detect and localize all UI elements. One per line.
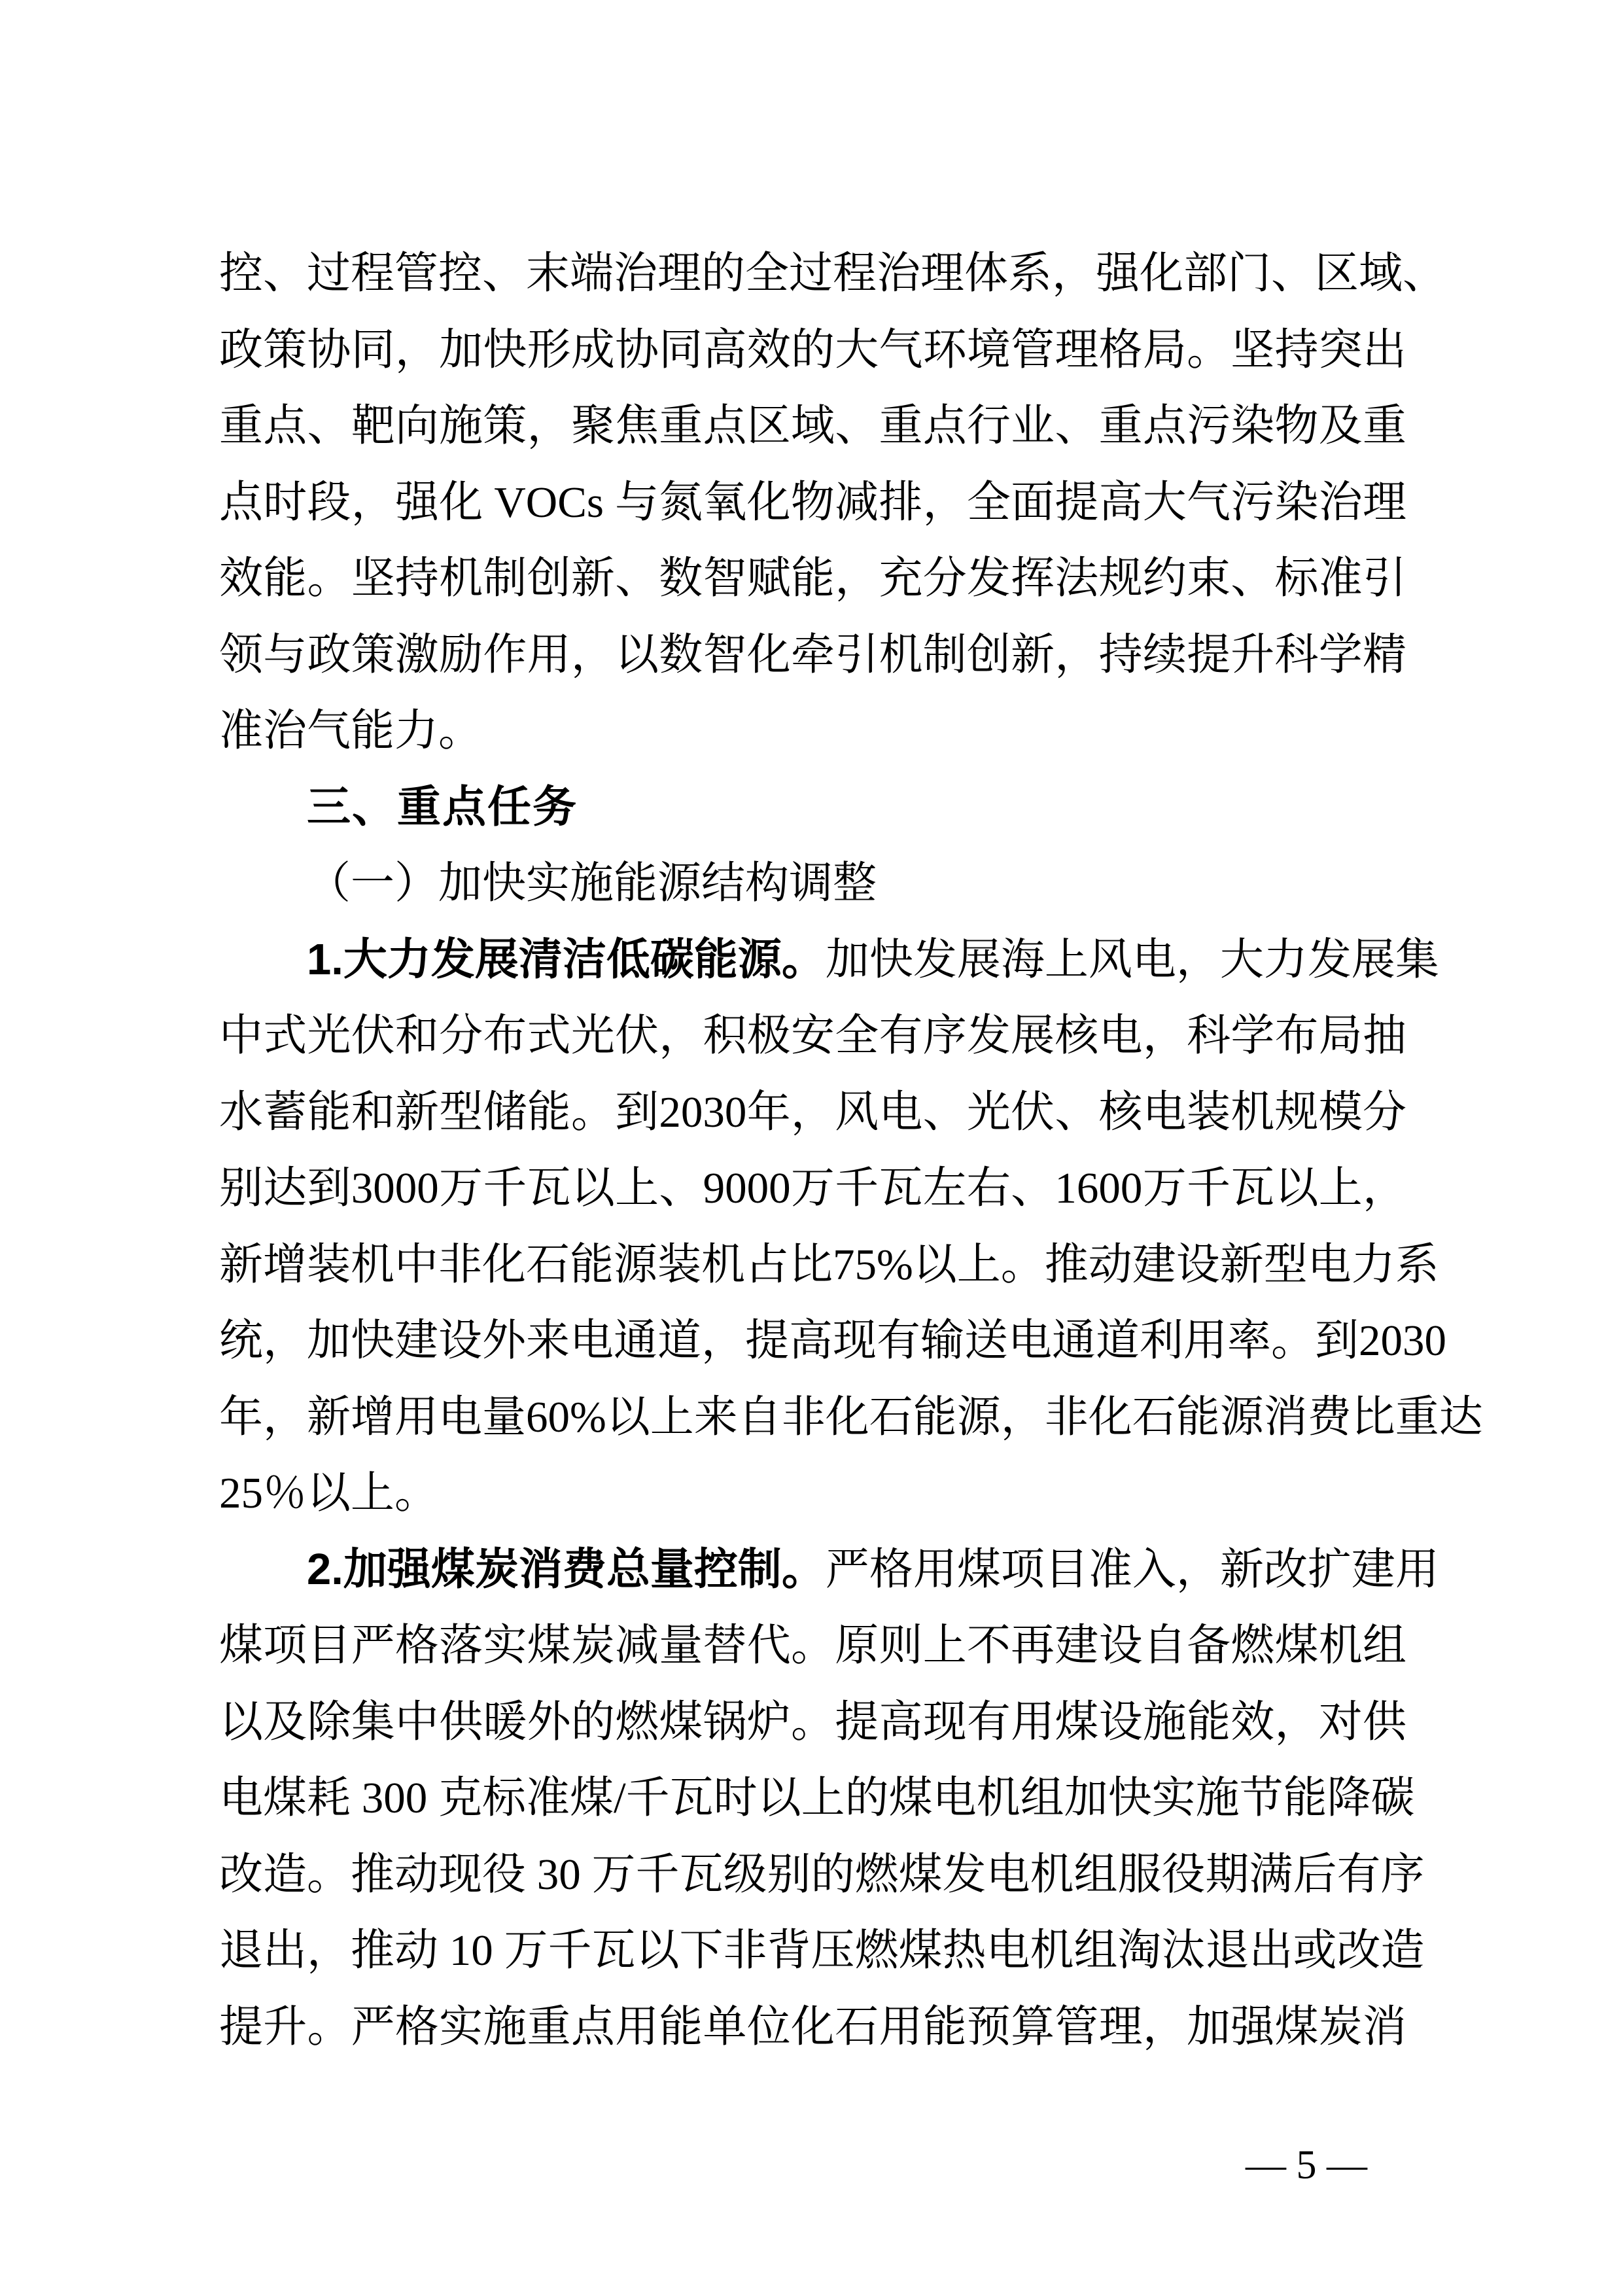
body-line: 改造。推动现役 30 万千瓦级别的燃煤发电机组服役期满后有序 [219,1837,1406,1913]
body-line: 效能。坚持机制创新、数智赋能，充分发挥法规约束、标准引 [219,540,1406,617]
document-page: 控、过程管控、末端治理的全过程治理体系，强化部门、区域、 政策协同，加快形成协同… [0,0,1623,2296]
body-line-text: 严格用煤项目准入，新改扩建用 [826,1545,1439,1594]
numbered-item-lead: 1.大力发展清洁低碳能源。 [307,935,826,984]
body-line: 2.加强煤炭消费总量控制。严格用煤项目准入，新改扩建用 [219,1532,1406,1608]
body-line: 点时段，强化 VOCs 与氮氧化物减排，全面提高大气污染治理 [219,465,1406,541]
body-line: 领与政策激励作用，以数智化牵引机制创新，持续提升科学精 [219,617,1406,694]
section-heading: 三、重点任务 [219,769,1406,846]
body-line: 中式光伏和分布式光伏，积极安全有序发展核电，科学布局抽 [219,998,1406,1074]
page-number: — 5 — [219,2145,1406,2185]
body-line: 别达到3000万千瓦以上、9000万千瓦左右、1600万千瓦以上， [219,1150,1406,1227]
body-line: 控、过程管控、末端治理的全过程治理体系，强化部门、区域、 [219,236,1406,312]
paragraph-last-line: 准治气能力。 [219,693,1406,769]
body-line: 统，加快建设外来电通道，提高现有输送电通道利用率。到2030 [219,1303,1406,1379]
body-line: 水蓄能和新型储能。到2030年，风电、光伏、核电装机规模分 [219,1074,1406,1151]
body-line: 重点、靶向施策，聚焦重点区域、重点行业、重点污染物及重 [219,388,1406,465]
body-line: 提升。严格实施重点用能单位化石用能预算管理，加强煤炭消 [219,1989,1406,2066]
body-line: 煤项目严格落实煤炭减量替代。原则上不再建设自备燃煤机组 [219,1608,1406,1684]
body-line: 新增装机中非化石能源装机占比75%以上。推动建设新型电力系 [219,1227,1406,1303]
body-line: 政策协同，加快形成协同高效的大气环境管理格局。坚持突出 [219,312,1406,389]
body-line-text: 加快发展海上风电，大力发展集 [826,936,1439,984]
body-line: 退出，推动 10 万千瓦以下非背压燃煤热电机组淘汰退出或改造 [219,1913,1406,1989]
paragraph-last-line: 25％以上。 [219,1455,1406,1532]
body-line: 1.大力发展清洁低碳能源。加快发展海上风电，大力发展集 [219,922,1406,998]
body-line: 以及除集中供暖外的燃煤锅炉。提高现有用煤设施能效，对供 [219,1684,1406,1761]
body-line: 年，新增用电量60%以上来自非化石能源，非化石能源消费比重达 [219,1379,1406,1456]
body-line: 电煤耗 300 克标准煤/千瓦时以上的煤电机组加快实施节能降碳 [219,1760,1406,1837]
subsection-heading: （一）加快实施能源结构调整 [219,845,1406,922]
document-text-block: 控、过程管控、末端治理的全过程治理体系，强化部门、区域、 政策协同，加快形成协同… [219,236,1406,2065]
numbered-item-lead: 2.加强煤炭消费总量控制。 [307,1545,826,1594]
